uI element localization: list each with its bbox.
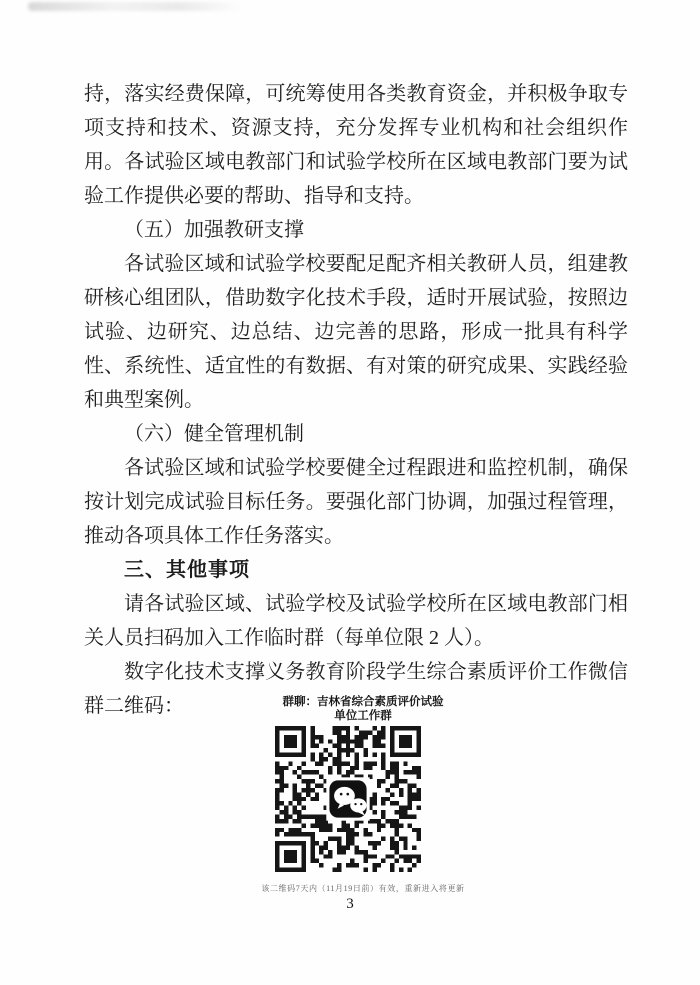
heading-other-items: 三、其他事项 xyxy=(84,553,628,587)
qr-group-label: 群聊：吉林省综合素质评价试验 单位工作群 xyxy=(13,695,700,723)
scan-artifact xyxy=(28,2,243,11)
qr-group-label-line2: 单位工作群 xyxy=(13,709,700,723)
paragraph-management-mechanism: 各试验区域和试验学校要健全过程跟进和监控机制，确保按计划完成试验目标任务。要强化… xyxy=(84,451,628,553)
page-number: 3 xyxy=(0,896,700,913)
qr-pattern xyxy=(272,726,424,872)
heading-section-6: （六）健全管理机制 xyxy=(84,417,628,451)
heading-section-5: （五）加强教研支撑 xyxy=(84,213,628,247)
qr-validity-note: 该二维码7天内（11月19日前）有效，重新进入将更新 xyxy=(13,883,700,894)
wechat-icon xyxy=(326,777,369,820)
document-page: 持，落实经费保障，可统筹使用各类教育资金，并积极争取专项支持和技术、资源支持，充… xyxy=(0,0,700,985)
wechat-group-qr-code xyxy=(272,726,424,872)
paragraph-funding-support: 持，落实经费保障，可统筹使用各类教育资金，并积极争取专项支持和技术、资源支持，充… xyxy=(84,77,628,213)
paragraph-scan-instruction: 请各试验区域、试验学校及试验学校所在区域电教部门相关人员扫码加入工作临时群（每单… xyxy=(84,587,628,655)
qr-group-label-line1: 群聊：吉林省综合素质评价试验 xyxy=(13,695,700,709)
paragraph-research-support: 各试验区域和试验学校要配足配齐相关教研人员，组建教研核心组团队，借助数字化技术手… xyxy=(84,247,628,417)
document-body: 持，落实经费保障，可统筹使用各类教育资金，并积极争取专项支持和技术、资源支持，充… xyxy=(84,77,628,723)
